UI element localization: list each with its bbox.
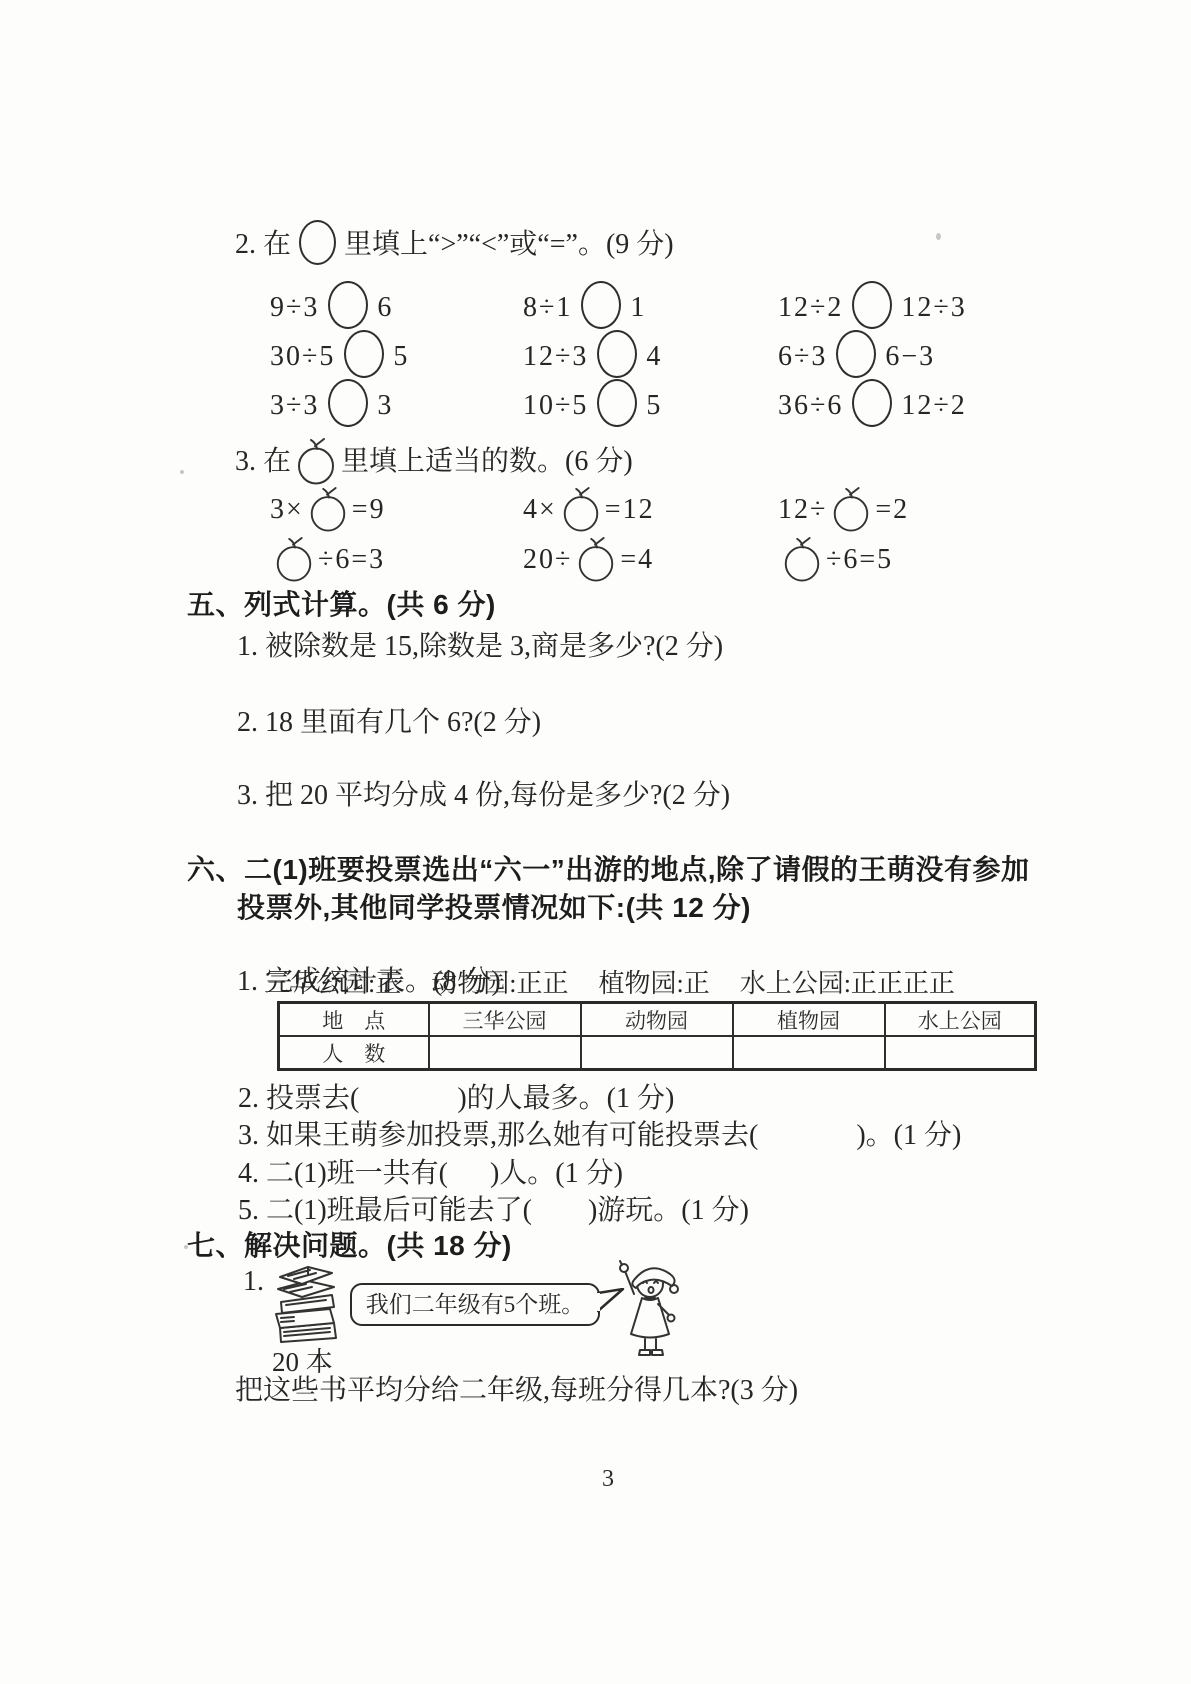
blank-circle-icon xyxy=(328,379,368,427)
expr-left: 4× xyxy=(523,494,557,525)
expr-left: 3× xyxy=(270,494,304,525)
girl-icon xyxy=(612,1258,688,1362)
section-6-item-1: 1. 完成统计表。(8 分) xyxy=(237,962,501,1002)
blank-apple-icon xyxy=(559,484,603,534)
section-6-item-4: 4. 二(1)班一共有( )人。(1 分) xyxy=(238,1154,623,1194)
section-5-item-2: 2. 18 里面有几个 6?(2 分) xyxy=(237,703,541,743)
comparison-cell: 6÷36−3 xyxy=(778,330,935,380)
expr-right: 6 xyxy=(377,292,393,323)
section-6-item-5: 5. 二(1)班最后可能去了( )游玩。(1 分) xyxy=(238,1191,749,1231)
blank-circle-icon xyxy=(597,379,637,427)
comparison-cell: 10÷55 xyxy=(523,379,662,429)
expr-right: 3 xyxy=(377,390,393,421)
blank-circle-icon xyxy=(597,330,637,378)
expr-left: 3÷3 xyxy=(270,390,319,421)
expr-right: 12÷3 xyxy=(901,292,966,323)
scan-speck xyxy=(180,470,184,474)
speech-bubble: 我们二年级有5个班。 xyxy=(350,1283,600,1326)
section-5-heading: 五、列式计算。(共 6 分) xyxy=(187,586,496,624)
blank-circle-icon xyxy=(581,281,621,329)
tally-botanical-garden: 植物园:正 xyxy=(598,969,709,998)
expr-right: 5 xyxy=(646,390,662,421)
comparison-cell: 3÷33 xyxy=(270,379,393,429)
apple-cell: 4×=12 xyxy=(523,484,655,534)
table-header-place: 地 点 xyxy=(279,1003,429,1037)
expr-right: ÷6=3 xyxy=(318,544,385,575)
expr-right: =4 xyxy=(620,544,654,575)
comparison-cell: 8÷11 xyxy=(523,281,646,331)
question-2-text-pre: 在 xyxy=(263,229,291,260)
expr-left: 12÷3 xyxy=(523,341,588,372)
comparison-cell: 12÷34 xyxy=(523,330,662,380)
scan-speck xyxy=(184,1245,188,1249)
apple-cell: 20÷=4 xyxy=(523,534,654,584)
expr-left: 6÷3 xyxy=(778,341,827,372)
section-5-item-3: 3. 把 20 平均分成 4 份,每份是多少?(2 分) xyxy=(237,776,730,816)
expr-right: 4 xyxy=(646,341,662,372)
section-5-item-1: 1. 被除数是 15,除数是 3,商是多少?(2 分) xyxy=(237,627,723,667)
table-header-row: 地 点 三华公园 动物园 植物园 水上公园 xyxy=(279,1003,1036,1037)
section-6-heading-line2: 投票外,其他同学投票情况如下:(共 12 分) xyxy=(237,889,751,927)
blank-apple-icon xyxy=(306,484,350,534)
expr-right: 5 xyxy=(393,341,409,372)
scan-speck xyxy=(936,233,941,240)
expr-left: 20÷ xyxy=(523,544,572,575)
blank-circle-icon xyxy=(836,330,876,378)
expr-left: 8÷1 xyxy=(523,292,572,323)
section-6-heading-line1: 六、二(1)班要投票选出“六一”出游的地点,除了请假的王萌没有参加 xyxy=(187,851,1030,889)
statistics-table: 地 点 三华公园 动物园 植物园 水上公园 人 数 xyxy=(277,1001,1037,1071)
table-row-label-people-count: 人 数 xyxy=(279,1036,429,1070)
table-header-water-park: 水上公园 xyxy=(885,1003,1036,1037)
blank-apple-icon xyxy=(293,436,339,486)
comparison-cell: 12÷212÷3 xyxy=(778,281,967,331)
blank-apple-icon xyxy=(574,534,618,584)
question-3-heading: 3. 在里填上适当的数。(6 分) xyxy=(235,436,633,486)
expr-right: 12÷2 xyxy=(901,390,966,421)
blank-circle-icon xyxy=(344,330,384,378)
apple-cell: ÷6=5 xyxy=(778,534,893,584)
question-3-number: 3. xyxy=(235,446,256,477)
apple-cell: ÷6=3 xyxy=(270,534,385,584)
question-3-text-pre: 在 xyxy=(263,446,291,477)
question-3-text-post: 里填上适当的数。(6 分) xyxy=(341,446,633,477)
section-7-question: 把这些书平均分给二年级,每班分得几本?(3 分) xyxy=(235,1371,798,1411)
table-header-zoo: 动物园 xyxy=(581,1003,733,1037)
section-6-item-2: 2. 投票去( )的人最多。(1 分) xyxy=(238,1079,674,1119)
table-answer-cell xyxy=(581,1036,733,1070)
comparison-cell: 30÷55 xyxy=(270,330,409,380)
section-6-item-3: 3. 如果王萌参加投票,那么她有可能投票去( )。(1 分) xyxy=(238,1116,961,1156)
expr-right: ÷6=5 xyxy=(826,544,893,575)
expr-left: 30÷5 xyxy=(270,341,335,372)
blank-circle-icon xyxy=(299,220,336,265)
apple-cell: 3×=9 xyxy=(270,484,386,534)
blank-apple-icon xyxy=(272,534,316,584)
books-icon xyxy=(264,1262,348,1354)
tally-water-park: 水上公园:正正正正 xyxy=(740,969,955,998)
table-header-sanhua-park: 三华公园 xyxy=(429,1003,581,1037)
expr-left: 9÷3 xyxy=(270,292,319,323)
table-answer-cell xyxy=(885,1036,1036,1070)
question-2-text-post: 里填上“>”“<”或“=”。(9 分) xyxy=(344,229,674,260)
expr-left: 10÷5 xyxy=(523,390,588,421)
table-answer-cell xyxy=(429,1036,581,1070)
blank-apple-icon xyxy=(780,534,824,584)
question-2-number: 2. xyxy=(235,229,256,260)
table-row: 人 数 xyxy=(279,1036,1036,1070)
expr-right: 6−3 xyxy=(885,341,935,372)
expr-right: =9 xyxy=(352,494,386,525)
expr-right: 1 xyxy=(630,292,646,323)
blank-circle-icon xyxy=(852,379,892,427)
comparison-cell: 9÷36 xyxy=(270,281,393,331)
blank-apple-icon xyxy=(829,484,873,534)
comparison-cell: 36÷612÷2 xyxy=(778,379,967,429)
expr-right: =2 xyxy=(875,494,909,525)
expr-left: 12÷ xyxy=(778,494,827,525)
expr-left: 12÷2 xyxy=(778,292,843,323)
test-paper-page: 2. 在里填上“>”“<”或“=”。(9 分) 9÷36 8÷11 12÷212… xyxy=(0,0,1191,1684)
table-answer-cell xyxy=(733,1036,885,1070)
blank-circle-icon xyxy=(328,281,368,329)
table-header-botanical-garden: 植物园 xyxy=(733,1003,885,1037)
section-7-item-number: 1. xyxy=(243,1262,264,1302)
apple-cell: 12÷=2 xyxy=(778,484,909,534)
expr-right: =12 xyxy=(605,494,655,525)
blank-circle-icon xyxy=(852,281,892,329)
page-number: 3 xyxy=(602,1466,614,1493)
question-2-heading: 2. 在里填上“>”“<”或“=”。(9 分) xyxy=(235,220,674,265)
expr-left: 36÷6 xyxy=(778,390,843,421)
section-7-heading: 七、解决问题。(共 18 分) xyxy=(187,1227,512,1265)
